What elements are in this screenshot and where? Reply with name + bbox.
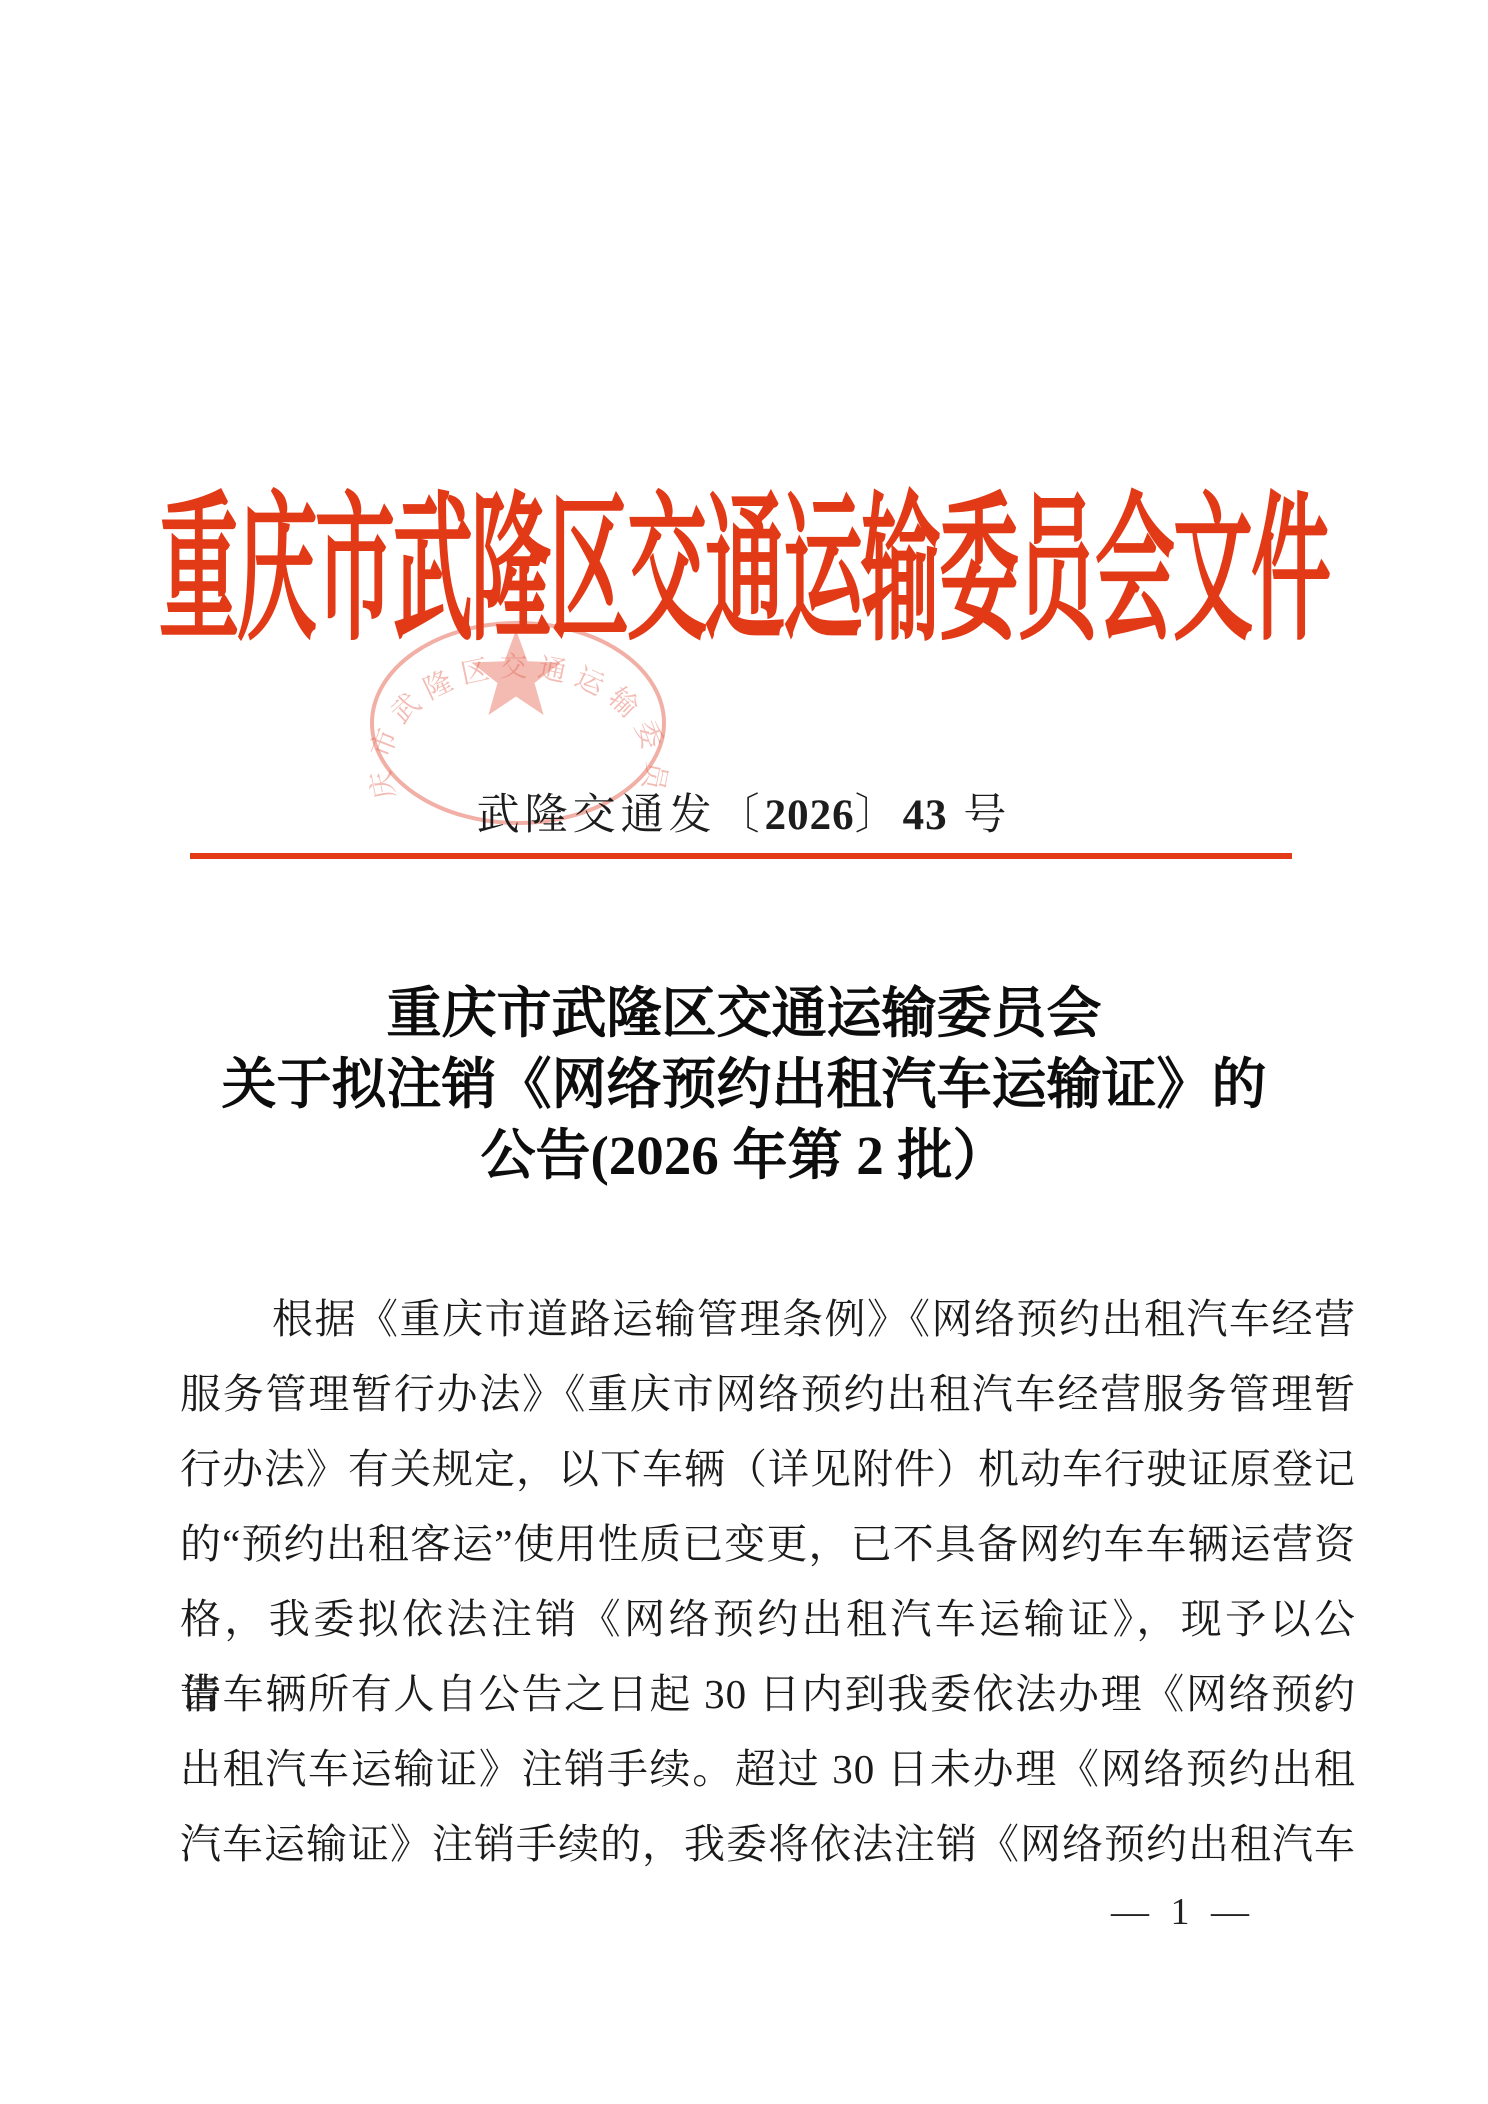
doc-number-serial: 43 [903, 792, 948, 839]
body-line: 出租汽车运输证》注销手续。超过 30 日未办理《网络预约出租 [180, 1732, 1356, 1807]
body-line: 行办法》有关规定，以下车辆（详见附件）机动车行驶证原登记 [180, 1432, 1356, 1507]
title3-year: 2026 [609, 1125, 719, 1186]
letterhead-title: 重庆市武隆区交通运输委员会文件 [0, 493, 1488, 653]
title3-mid: 年第 [719, 1125, 857, 1186]
title3-suffix: 批） [884, 1125, 1008, 1186]
doc-number-year: 2026 [765, 792, 855, 839]
notice-title: 重庆市武隆区交通运输委员会 关于拟注销《网络预约出租汽车运输证》的 公告(202… [0, 978, 1488, 1191]
notice-title-line1: 重庆市武隆区交通运输委员会 [0, 978, 1488, 1049]
doc-number-prefix: 武隆交通发〔 [477, 792, 765, 839]
body-line: 格，我委拟依法注销《网络预约出租汽车运输证》，现予以公告。 [180, 1582, 1356, 1657]
body-line: 的“预约出租客运”使用性质已变更，已不具备网约车车辆运营资 [180, 1507, 1356, 1582]
title3-prefix: 公告( [480, 1125, 608, 1186]
doc-number-bracket: 〕 [855, 792, 903, 839]
scanned-document-page: 重庆市武隆区交通运输委员会 重庆市武隆区交通运输委员会文件 武隆交通发〔2026… [0, 0, 1488, 2104]
body-line: 服务管理暂行办法》《重庆市网络预约出租汽车经营服务管理暂 [180, 1357, 1356, 1432]
notice-body: 根据《重庆市道路运输管理条例》《网络预约出租汽车经营 服务管理暂行办法》《重庆市… [180, 1282, 1356, 1882]
title3-batch-num: 2 [856, 1125, 884, 1186]
document-number: 武隆交通发〔2026〕43 号 [0, 791, 1488, 841]
body-line: 汽车运输证》注销手续的，我委将依法注销《网络预约出租汽车 [180, 1807, 1356, 1882]
notice-title-line3: 公告(2026 年第 2 批） [0, 1120, 1488, 1191]
doc-number-suffix: 号 [948, 792, 1012, 839]
body-line: 根据《重庆市道路运输管理条例》《网络预约出租汽车经营 [180, 1282, 1356, 1357]
notice-title-line2: 关于拟注销《网络预约出租汽车运输证》的 [0, 1049, 1488, 1120]
red-divider-line [190, 853, 1292, 859]
body-line: 请车辆所有人自公告之日起 30 日内到我委依法办理《网络预约 [180, 1657, 1356, 1732]
page-number: — 1 — [1080, 1890, 1280, 1934]
